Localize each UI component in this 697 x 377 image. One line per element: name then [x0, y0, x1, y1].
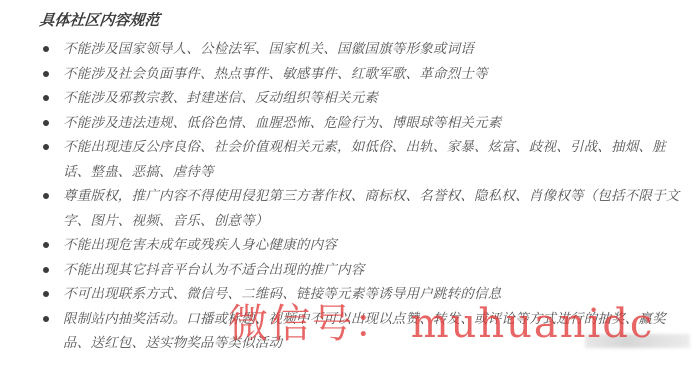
rule-text: 不能涉及社会负面事件、热点事件、敏感事件、红歌军歌、革命烈士等 [63, 62, 685, 87]
rule-text: 不能涉及国家领导人、公检法军、国家机关、国徽国旗等形象或词语 [63, 37, 685, 62]
rule-item: 尊重版权，推广内容不得使用侵犯第三方著作权、商标权、名誉权、隐私权、肖像权等（包… [38, 184, 688, 233]
rule-text: 不能出现危害未成年或残疾人身心健康的内容 [63, 233, 685, 258]
rule-text: 不能涉及邪教宗教、封建迷信、反动组织等相关元素 [63, 86, 685, 111]
bullet-icon [43, 267, 49, 273]
rule-text: 不能出现其它抖音平台认为不适合出现的推广内容 [63, 258, 685, 283]
rule-item: 不能出现违反公序良俗、社会价值观相关元素，如低俗、出轨、家暴、炫富、歧视、引战、… [38, 135, 688, 184]
rule-text: 不能出现违反公序良俗、社会价值观相关元素，如低俗、出轨、家暴、炫富、歧视、引战、… [63, 135, 685, 184]
rule-item: 不能出现危害未成年或残疾人身心健康的内容 [38, 233, 688, 258]
bullet-icon [43, 242, 49, 248]
rule-text: 不能涉及违法违规、低俗色情、血腥恐怖、危险行为、博眼球等相关元素 [63, 111, 685, 136]
rule-item: 不能涉及社会负面事件、热点事件、敏感事件、红歌军歌、革命烈士等 [38, 62, 688, 87]
section-title: 具体社区内容规范 [38, 10, 691, 34]
bullet-icon [43, 120, 49, 126]
rules-list: 不能涉及国家领导人、公检法军、国家机关、国徽国旗等形象或词语 不能涉及社会负面事… [38, 37, 688, 356]
blurred-redaction [585, 334, 690, 348]
bullet-icon [43, 46, 49, 52]
bullet-icon [43, 193, 49, 199]
rule-item: 不可出现联系方式、微信号、二维码、链接等元素等诱导用户跳转的信息 [38, 282, 688, 307]
rule-item: 不能涉及国家领导人、公检法军、国家机关、国徽国旗等形象或词语 [38, 37, 688, 62]
rule-item: 限制站内抽奖活动。口播或标题、视频中不可以出现以点赞、转发、或评论等方式进行的抽… [38, 307, 688, 356]
rule-text: 尊重版权，推广内容不得使用侵犯第三方著作权、商标权、名誉权、隐私权、肖像权等（包… [63, 184, 685, 233]
document-body: 具体社区内容规范 不能涉及国家领导人、公检法军、国家机关、国徽国旗等形象或词语 … [38, 10, 688, 356]
bullet-icon [43, 291, 49, 297]
bullet-icon [43, 144, 49, 150]
bullet-icon [43, 316, 49, 322]
rule-item: 不能出现其它抖音平台认为不适合出现的推广内容 [38, 258, 688, 283]
bullet-icon [43, 95, 49, 101]
bullet-icon [43, 71, 49, 77]
rule-text: 不可出现联系方式、微信号、二维码、链接等元素等诱导用户跳转的信息 [63, 282, 685, 307]
rule-item: 不能涉及违法违规、低俗色情、血腥恐怖、危险行为、博眼球等相关元素 [38, 111, 688, 136]
rule-item: 不能涉及邪教宗教、封建迷信、反动组织等相关元素 [38, 86, 688, 111]
rule-text: 限制站内抽奖活动。口播或标题、视频中不可以出现以点赞、转发、或评论等方式进行的抽… [63, 307, 685, 356]
